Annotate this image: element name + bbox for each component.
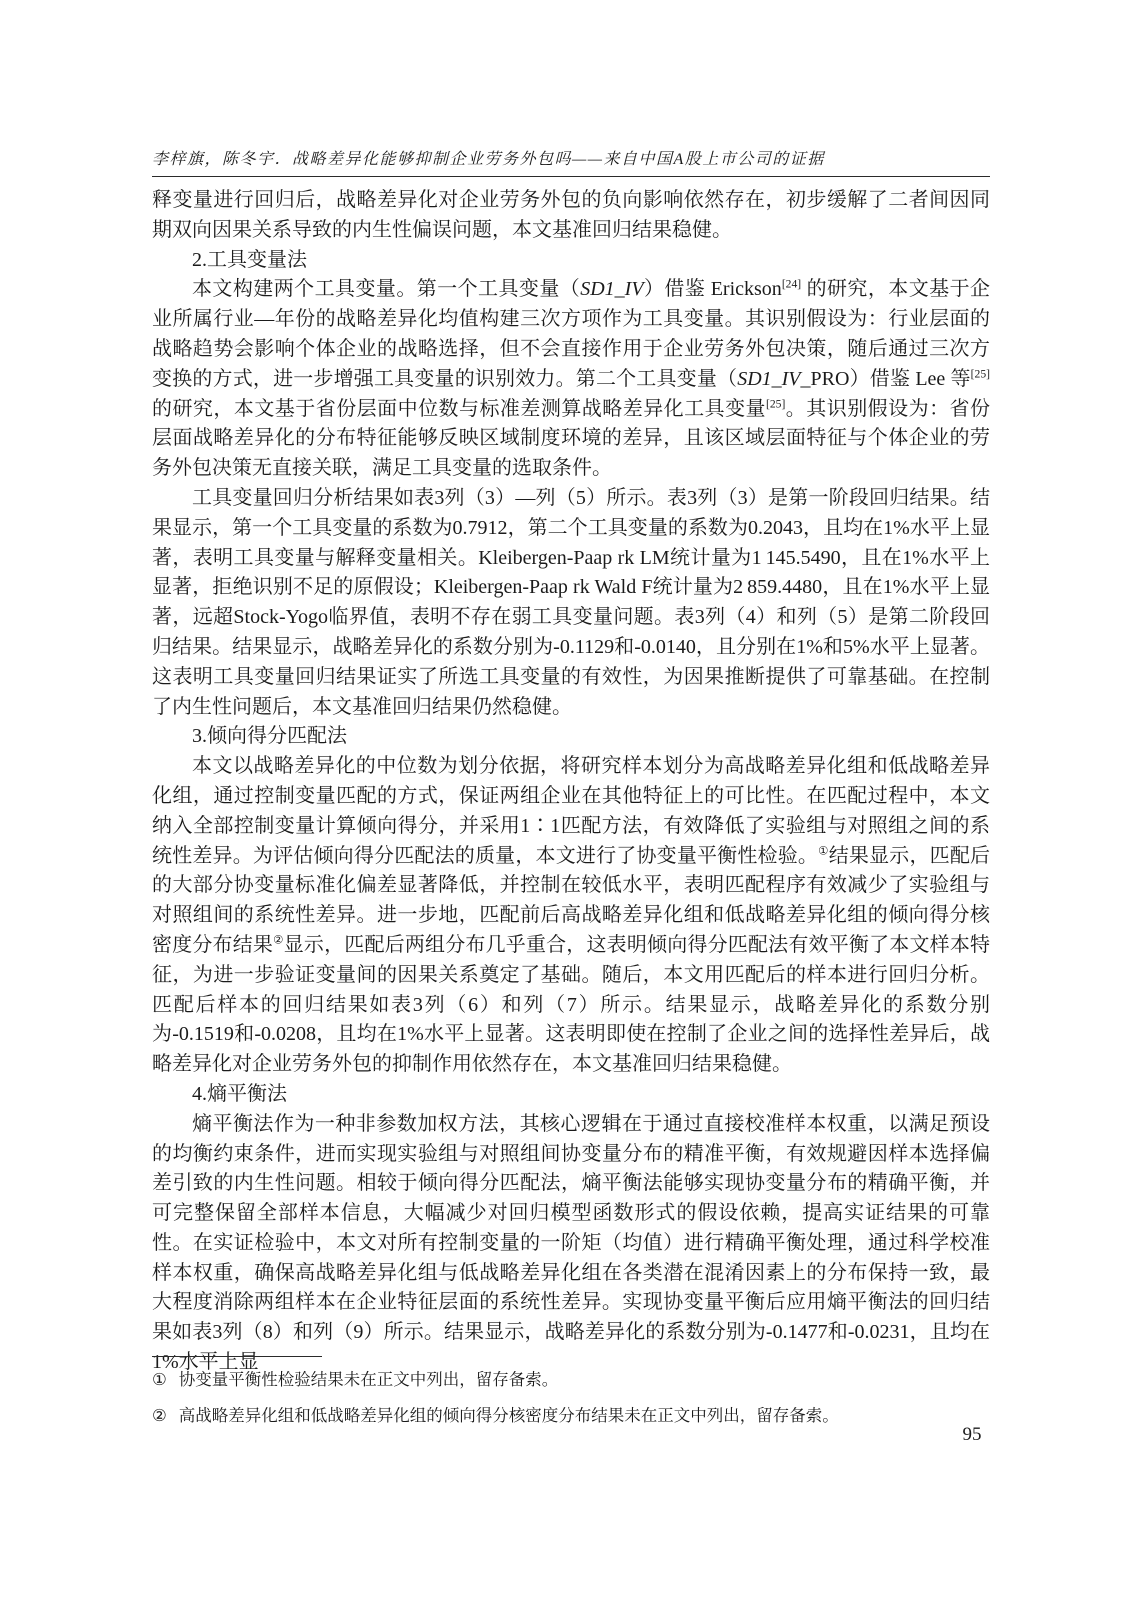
footnote-text: 协变量平衡性检验结果未在正文中列出，留存备索。 [179, 1368, 990, 1391]
page-number: 95 [948, 1424, 996, 1446]
text-run: SD1_IV [580, 278, 643, 300]
header-rule [152, 176, 990, 177]
text-run: 显示，匹配后两组分布几乎重合，这表明倾向得分匹配法有效平衡了本文样本特征，为进一… [152, 934, 990, 1075]
text-run: ）借鉴 Erickson [644, 278, 782, 300]
paragraph: 本文构建两个工具变量。第一个工具变量（SD1_IV）借鉴 Erickson[24… [152, 275, 990, 484]
footnote-item: ① 协变量平衡性检验结果未在正文中列出，留存备索。 [152, 1368, 990, 1391]
superscript-ref: [25] [766, 397, 785, 410]
text-run: 的研究，本文基于省份层面中位数与标准差测算战略差异化工具变量 [152, 398, 766, 420]
text-run: _PRO）借鉴 Lee 等 [801, 368, 971, 390]
superscript-ref: ① [818, 844, 829, 857]
superscript-ref: [25] [971, 367, 990, 380]
text-run: 工具变量回归分析结果如表3列（3）—列（5）所示。表3列（3）是第一阶段回归结果… [152, 487, 990, 718]
footnote-text: 高战略差异化组和低战略差异化组的倾向得分核密度分布结果未在正文中列出，留存备索。 [179, 1404, 990, 1427]
paragraph: 本文以战略差异化的中位数为划分依据，将研究样本划分为高战略差异化组和低战略差异化… [152, 752, 990, 1080]
section-heading: 2.工具变量法 [152, 246, 990, 276]
paper-page: 李梓旗，陈冬宇．战略差异化能够抑制企业劳务外包吗——来自中国A股上市公司的证据 … [0, 0, 1140, 1600]
text-run: 4.熵平衡法 [192, 1083, 287, 1105]
text-run: 2.工具变量法 [192, 249, 307, 271]
footnote-item: ② 高战略差异化组和低战略差异化组的倾向得分核密度分布结果未在正文中列出，留存备… [152, 1404, 990, 1427]
text-run: 本文构建两个工具变量。第一个工具变量（ [192, 278, 580, 300]
paragraph: 工具变量回归分析结果如表3列（3）—列（5）所示。表3列（3）是第一阶段回归结果… [152, 484, 990, 722]
text-run: 3.倾向得分匹配法 [192, 725, 347, 747]
superscript-ref: [24] [782, 278, 801, 291]
text-run: 熵平衡法作为一种非参数加权方法，其核心逻辑在于通过直接校准样本权重，以满足预设的… [152, 1113, 990, 1373]
footnote-rule [152, 1356, 322, 1357]
paragraph: 释变量进行回归后，战略差异化对企业劳务外包的负向影响依然存在，初步缓解了二者间因… [152, 186, 990, 246]
page-body: 释变量进行回归后，战略差异化对企业劳务外包的负向影响依然存在，初步缓解了二者间因… [152, 186, 990, 1378]
paragraph: 熵平衡法作为一种非参数加权方法，其核心逻辑在于通过直接校准样本权重，以满足预设的… [152, 1110, 990, 1378]
section-heading: 3.倾向得分匹配法 [152, 722, 990, 752]
running-head: 李梓旗，陈冬宇．战略差异化能够抑制企业劳务外包吗——来自中国A股上市公司的证据 [152, 146, 990, 169]
text-run: 释变量进行回归后，战略差异化对企业劳务外包的负向影响依然存在，初步缓解了二者间因… [152, 189, 990, 241]
section-heading: 4.熵平衡法 [152, 1080, 990, 1110]
footnotes: ① 协变量平衡性检验结果未在正文中列出，留存备索。 ② 高战略差异化组和低战略差… [152, 1356, 990, 1440]
text-run: SD1_IV [737, 368, 800, 390]
footnote-marker: ② [152, 1404, 167, 1427]
superscript-ref: ② [273, 933, 284, 946]
footnote-marker: ① [152, 1368, 167, 1391]
